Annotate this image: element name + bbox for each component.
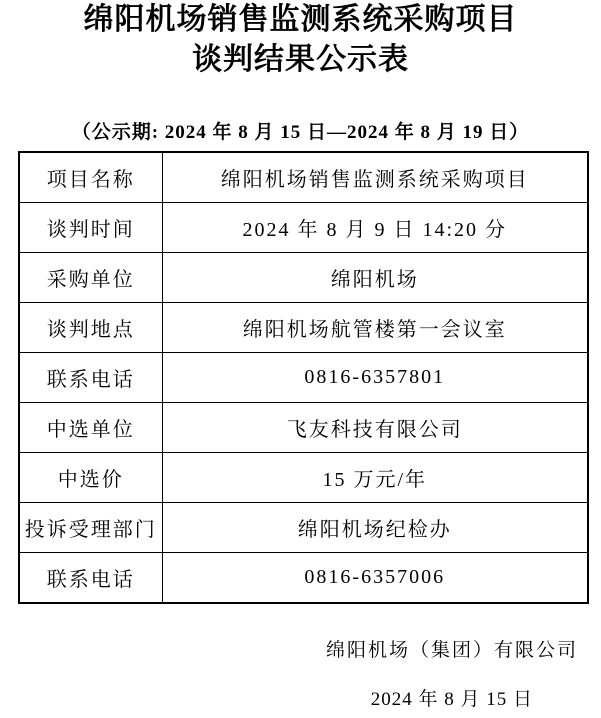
row-label-cell: 中选价 (19, 453, 162, 503)
row-value-cell: 绵阳机场 (162, 253, 588, 303)
row-value-cell: 2024 年 8 月 9 日 14:20 分 (162, 203, 588, 253)
table-row: 项目名称 绵阳机场销售监测系统采购项目 (19, 152, 588, 203)
row-value-cell: 0816-6357006 (162, 553, 588, 604)
row-value-cell: 飞友科技有限公司 (162, 403, 588, 453)
row-label-cell: 中选单位 (19, 403, 162, 453)
row-value-cell: 绵阳机场航管楼第一会议室 (162, 303, 588, 353)
table-row: 联系电话 0816-6357801 (19, 353, 588, 403)
table-row: 谈判时间 2024 年 8 月 9 日 14:20 分 (19, 203, 588, 253)
row-value-cell: 绵阳机场纪检办 (162, 503, 588, 553)
negotiation-result-table: 项目名称 绵阳机场销售监测系统采购项目 谈判时间 2024 年 8 月 9 日 … (18, 151, 589, 604)
row-label-cell: 联系电话 (19, 553, 162, 604)
row-label-cell: 联系电话 (19, 353, 162, 403)
table-row: 中选价 15 万元/年 (19, 453, 588, 503)
table-row: 中选单位 飞友科技有限公司 (19, 403, 588, 453)
row-label-cell: 谈判地点 (19, 303, 162, 353)
row-value-cell: 15 万元/年 (162, 453, 588, 503)
row-label-cell: 投诉受理部门 (19, 503, 162, 553)
table-row: 联系电话 0816-6357006 (19, 553, 588, 604)
doc-title-line1: 绵阳机场销售监测系统采购项目 (0, 0, 601, 40)
table-row: 谈判地点 绵阳机场航管楼第一会议室 (19, 303, 588, 353)
publicity-period: （公示期: 2024 年 8 月 15 日—2024 年 8 月 19 日） (0, 120, 601, 146)
footer-date: 2024 年 8 月 15 日 (371, 688, 533, 712)
doc-title-line2: 谈判结果公示表 (0, 40, 601, 80)
doc-title: 绵阳机场销售监测系统采购项目 谈判结果公示表 (0, 0, 601, 80)
row-value-cell: 0816-6357801 (162, 353, 588, 403)
row-label-cell: 谈判时间 (19, 203, 162, 253)
document-page: 绵阳机场销售监测系统采购项目 谈判结果公示表 （公示期: 2024 年 8 月 … (0, 0, 601, 718)
row-label-cell: 项目名称 (19, 152, 162, 203)
row-value-cell: 绵阳机场销售监测系统采购项目 (162, 152, 588, 203)
table-row: 采购单位 绵阳机场 (19, 253, 588, 303)
table-row: 投诉受理部门 绵阳机场纪检办 (19, 503, 588, 553)
footer-organization: 绵阳机场（集团）有限公司 (326, 638, 578, 664)
row-label-cell: 采购单位 (19, 253, 162, 303)
